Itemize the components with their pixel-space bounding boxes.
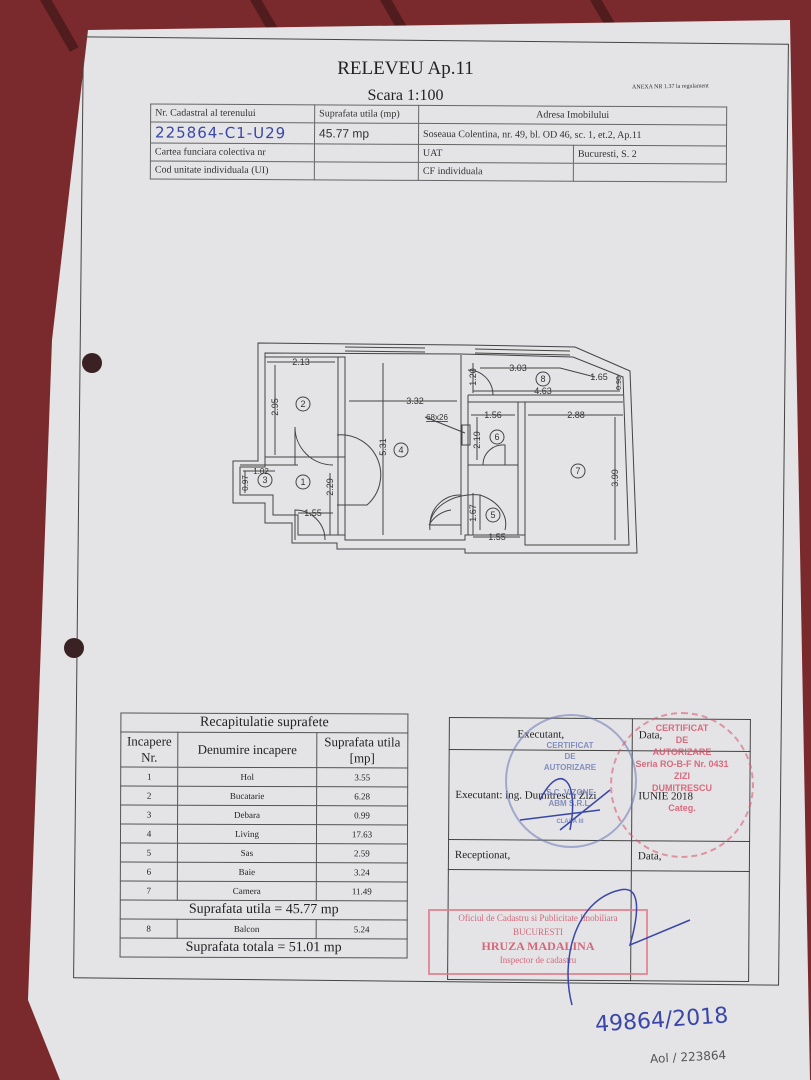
col-header-area: Suprafata utila [mp]: [317, 733, 408, 768]
ui-value: [314, 162, 418, 181]
table-row: 6Baie3.24: [120, 862, 407, 882]
cadastral-number: 225864-C1-U29: [150, 122, 314, 144]
room-number: 5: [490, 510, 495, 520]
cf-individuala-label: CF individuala: [418, 162, 573, 181]
dimension-label: 4.63: [534, 386, 552, 396]
room-nr: 5: [120, 843, 177, 862]
cf-colectiva-label: Cartea funciara colectiva nr: [150, 143, 314, 162]
dimension-label: 0.90: [616, 376, 623, 390]
dimension-label: 1.55: [304, 508, 322, 518]
punch-hole: [64, 638, 84, 658]
recap-title: Recapitulatie suprafete: [121, 713, 408, 733]
col-header-nr: Incapere Nr.: [121, 732, 178, 767]
room-area: 5.24: [316, 920, 407, 939]
scale-label: Scara 1:100: [0, 87, 811, 105]
table-row: 3Debara0.99: [121, 805, 408, 825]
cf-colectiva-value: [314, 144, 418, 163]
dimension-label: 5.31: [378, 438, 388, 456]
dimension-label: 1.55: [488, 532, 506, 542]
area-summary-table: Recapitulatie suprafete Incapere Nr. Den…: [120, 712, 409, 958]
cadastral-label: Nr. Cadastral al terenului: [151, 104, 315, 123]
dimension-label: 2.95: [270, 398, 280, 416]
dimension-label: 2.19: [472, 431, 482, 449]
room-name: Living: [177, 824, 316, 843]
address-label: Adresa Imobilului: [419, 105, 727, 125]
room-area: 0.99: [317, 806, 408, 825]
room-nr: 3: [121, 805, 178, 824]
ui-label: Cod unitate individuala (UI): [150, 161, 314, 180]
room-name: Debara: [178, 805, 317, 824]
dimension-label: 3.03: [509, 363, 527, 373]
room-name: Bucatarie: [178, 786, 317, 805]
room-number: 1: [300, 477, 305, 487]
dimension-label: 2.13: [292, 357, 310, 367]
dimension-label: 3.32: [406, 396, 424, 406]
uat-label: UAT: [418, 144, 573, 163]
document-title: RELEVEU Ap.11: [0, 58, 811, 80]
table-row: 8Balcon5.24: [120, 919, 407, 939]
room-nr: 6: [120, 862, 177, 881]
area-label: Suprafata utila (mp): [315, 105, 419, 124]
total-row: Suprafata totala = 51.01 mp: [120, 938, 407, 958]
floor-plan: 2 1 3 4 5 6 7 8 2.13 2.95 1.02 0.97 2.29…: [225, 335, 655, 565]
dimension-label: 0.97: [241, 475, 250, 491]
dimension-label: 1.02: [253, 467, 269, 476]
dimension-label: 1.67: [468, 504, 478, 522]
room-name: Camera: [177, 881, 316, 900]
room-area: 3.55: [317, 768, 408, 787]
room-nr: 2: [121, 786, 178, 805]
dimension-label: 1.20: [468, 368, 478, 386]
room-area: 2.59: [316, 844, 407, 863]
dimension-label: 3.99: [610, 469, 620, 487]
room-name: Hol: [178, 767, 317, 786]
table-row: 5Sas2.59: [120, 843, 407, 863]
dimension-label: 1.65: [590, 372, 608, 382]
blue-stamp-text: CERTIFICATDEAUTORIZARE S.C. VIZONEABM S.…: [520, 740, 620, 828]
room-number: 3: [262, 475, 267, 485]
dimension-label: 2.88: [567, 410, 585, 420]
subtotal-row: Suprafata utila = 45.77 mp: [120, 900, 407, 920]
red-stamp-text: CERTIFICATDEAUTORIZARE Seria RO-B-F Nr. …: [612, 722, 752, 814]
room-name: Sas: [177, 843, 316, 862]
background-stripe: [40, 0, 79, 52]
area-value: 45.77 mp: [314, 123, 418, 145]
cadastral-info-table: Nr. Cadastral al terenului Suprafata uti…: [150, 103, 727, 182]
room-number: 2: [300, 399, 305, 409]
address-value: Soseaua Colentina, nr. 49, bl. OD 46, sc…: [418, 123, 726, 146]
uat-value: Bucuresti, S. 2: [573, 145, 726, 164]
col-header-name: Denumire incapere: [178, 732, 317, 767]
room-number: 6: [494, 432, 499, 442]
room-area: 17.63: [316, 825, 407, 844]
dimension-label: 2.29: [325, 478, 335, 496]
receptionat-date-cell: [631, 871, 750, 982]
dimension-label: 68x26: [426, 413, 448, 422]
room-area: 6.28: [317, 787, 408, 806]
table-row: 7Camera11.49: [120, 881, 407, 901]
room-name: Balcon: [177, 919, 316, 938]
room-number: 4: [398, 445, 403, 455]
room-number: 8: [540, 374, 545, 384]
ocpi-inspector-stamp: Oficiul de Cadastru si Publicitate Imobi…: [428, 909, 648, 975]
cf-individuala-value: [573, 163, 726, 182]
room-area: 3.24: [316, 863, 407, 882]
table-row: 1Hol3.55: [121, 767, 408, 787]
room-nr: 4: [120, 824, 177, 843]
receptionat-label: Receptionat,: [448, 839, 631, 870]
room-area: 11.49: [316, 882, 407, 901]
punch-hole: [82, 353, 102, 373]
dimension-label: 1.56: [484, 410, 502, 420]
table-row: 2Bucatarie6.28: [121, 786, 408, 806]
room-nr: 8: [120, 919, 177, 938]
room-name: Baie: [177, 862, 316, 881]
room-nr: 7: [120, 881, 177, 900]
table-row: 4Living17.63: [120, 824, 407, 844]
room-number: 7: [575, 466, 580, 476]
room-nr: 1: [121, 767, 178, 786]
